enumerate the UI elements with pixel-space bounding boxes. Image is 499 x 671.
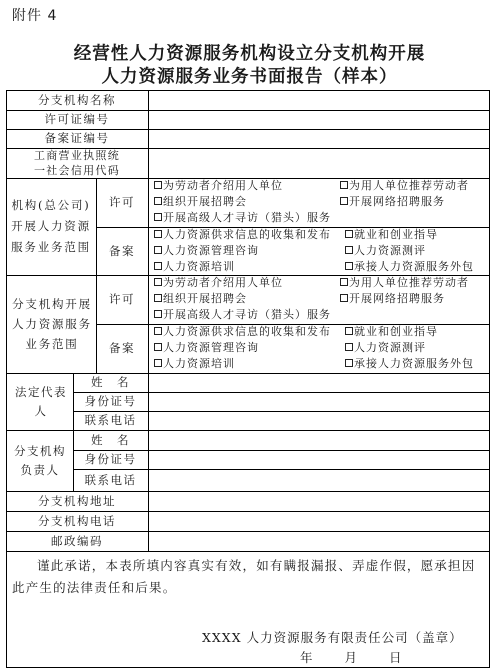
checkbox-hq-license-3[interactable]: 开展网络招聘服务 [340,194,445,210]
checkbox-icon[interactable] [154,230,162,238]
checkbox-hq-license-2[interactable]: 组织开展招聘会 [154,194,247,210]
checkbox-icon[interactable] [154,246,162,254]
date-month: 月 [345,650,358,665]
input-branch-name[interactable] [149,90,490,110]
checkbox-icon[interactable] [345,327,353,335]
checkbox-hq-filing-2[interactable]: 人力资源管理咨询 [154,243,259,259]
checkbox-branch-filing-0[interactable]: 人力资源供求信息的收集和发布 [154,324,331,340]
checkbox-branch-license-0[interactable]: 为劳动者介绍用人单位 [154,275,283,291]
checkbox-hq-filing-5[interactable]: 承接人力资源服务外包 [345,259,474,275]
label-branch-scope: 分支机构开展人力资源服务业务范围 [10,275,94,373]
label-hq-scope: 机构(总公司)开展人力资源服务业务范围 [8,178,94,275]
checkbox-icon[interactable] [340,197,348,205]
input-branch-phone[interactable] [149,511,490,531]
input-legal-rep-phone[interactable] [149,411,490,430]
checkbox-icon[interactable] [345,343,353,351]
checkbox-icon[interactable] [345,246,353,254]
label-branch-filing: 备案 [96,324,148,373]
signature-date: 年 月 日 [300,648,430,666]
document-title-line1: 经营性人力资源服务机构设立分支机构开展 [0,40,499,65]
checkbox-branch-filing-2[interactable]: 人力资源管理咨询 [154,340,259,356]
checkbox-icon[interactable] [154,310,162,318]
label-legal-rep-phone: 联系电话 [73,411,148,430]
checkbox-icon[interactable] [154,181,162,189]
input-credit-code[interactable] [149,148,490,178]
checkbox-icon[interactable] [154,197,162,205]
checkbox-branch-license-3[interactable]: 开展网络招聘服务 [340,291,445,307]
label-branch-head-id: 身份证号 [73,450,148,469]
label-credit-code: 工商营业执照统一社会信用代码 [28,148,126,178]
checkbox-hq-filing-0[interactable]: 人力资源供求信息的收集和发布 [154,227,331,243]
date-year: 年 [300,650,313,665]
checkbox-icon[interactable] [345,359,353,367]
checkbox-icon[interactable] [340,294,348,302]
label-branch-address: 分支机构地址 [6,491,148,511]
checkbox-branch-license-2[interactable]: 组织开展招聘会 [154,291,247,307]
input-license-number[interactable] [149,110,490,129]
checkbox-icon[interactable] [345,230,353,238]
input-branch-head-name[interactable] [149,430,490,450]
label-hq-filing: 备案 [96,227,148,275]
input-branch-head-id[interactable] [149,450,490,469]
input-postal-code[interactable] [149,531,490,551]
input-legal-rep-id[interactable] [149,392,490,411]
attachment-label: 附件 4 [12,5,57,25]
checkbox-icon[interactable] [154,213,162,221]
label-branch-name: 分支机构名称 [6,90,148,110]
input-branch-head-phone[interactable] [149,469,490,491]
label-filing-number: 备案证编号 [6,129,148,148]
label-legal-representative: 法定代表人 [14,373,68,430]
label-branch-head-name: 姓 名 [73,430,148,450]
checkbox-icon[interactable] [345,262,353,270]
label-license-number: 许可证编号 [6,110,148,129]
label-branch-phone: 分支机构电话 [6,511,148,531]
checkbox-icon[interactable] [154,343,162,351]
checkbox-branch-filing-3[interactable]: 人力资源测评 [345,340,426,356]
label-branch-license: 许可 [96,275,148,324]
checkbox-icon[interactable] [154,327,162,335]
checkbox-icon[interactable] [340,278,348,286]
checkbox-hq-license-1[interactable]: 为用人单位推荐劳动者 [340,178,469,194]
document-title-line2: 人力资源服务业务书面报告（样本） [0,63,499,88]
company-seal-line: XXXX 人力资源服务有限责任公司（盖章） [202,628,463,646]
label-legal-rep-id: 身份证号 [73,392,148,411]
checkbox-hq-filing-4[interactable]: 人力资源培训 [154,259,235,275]
label-branch-head-phone: 联系电话 [73,469,148,491]
checkbox-icon[interactable] [154,294,162,302]
checkbox-branch-license-4[interactable]: 开展高级人才寻访（猎头）服务 [154,307,331,323]
pledge-statement: 谨此承诺，本表所填内容真实有效，如有瞒报漏报、弄虚作假，愿承担因此产生的法律责任… [12,555,484,599]
input-branch-address[interactable] [149,491,490,511]
date-day: 日 [389,650,402,665]
checkbox-branch-filing-5[interactable]: 承接人力资源服务外包 [345,356,474,372]
checkbox-branch-filing-1[interactable]: 就业和创业指导 [345,324,438,340]
label-hq-license: 许可 [96,178,148,227]
label-postal-code: 邮政编码 [6,531,148,551]
checkbox-branch-license-1[interactable]: 为用人单位推荐劳动者 [340,275,469,291]
checkbox-icon[interactable] [154,278,162,286]
row-divider [6,551,490,552]
checkbox-branch-filing-4[interactable]: 人力资源培训 [154,356,235,372]
checkbox-hq-license-0[interactable]: 为劳动者介绍用人单位 [154,178,283,194]
input-legal-rep-name[interactable] [149,373,490,392]
checkbox-icon[interactable] [154,359,162,367]
label-legal-rep-name: 姓 名 [73,373,148,392]
checkbox-hq-filing-3[interactable]: 人力资源测评 [345,243,426,259]
checkbox-icon[interactable] [154,262,162,270]
label-branch-head: 分支机构负责人 [10,430,70,491]
input-filing-number[interactable] [149,129,490,148]
checkbox-hq-license-4[interactable]: 开展高级人才寻访（猎头）服务 [154,210,331,226]
checkbox-icon[interactable] [340,181,348,189]
checkbox-hq-filing-1[interactable]: 就业和创业指导 [345,227,438,243]
